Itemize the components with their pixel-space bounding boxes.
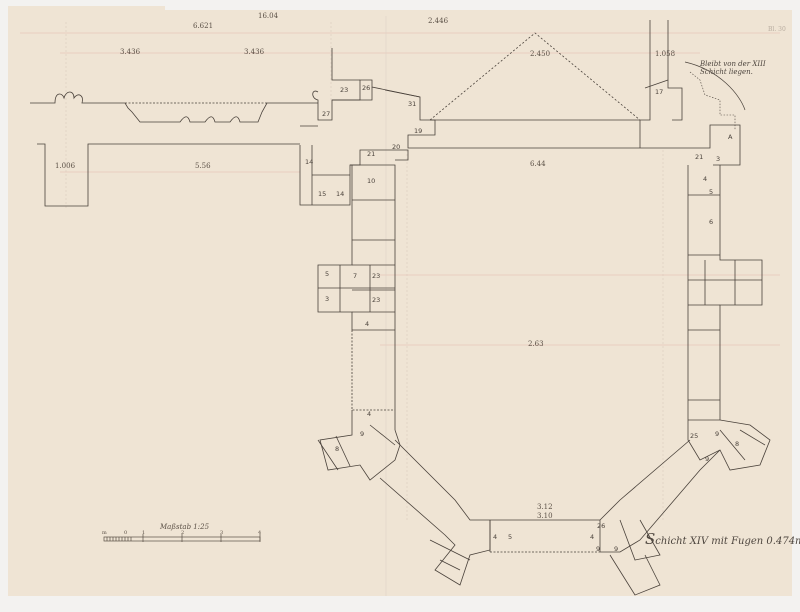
stone-label: 23 — [372, 296, 380, 304]
dim-inner-span: 6.44 — [530, 160, 546, 168]
stone-label: 10 — [367, 177, 375, 185]
stone-label: 4 — [365, 320, 369, 328]
stone-label: 17 — [655, 88, 663, 96]
stone-label: 23 — [372, 272, 380, 280]
stone-label: 9 — [715, 430, 719, 438]
scale-tick-label: 3 — [220, 530, 223, 536]
stone-label: 9 — [360, 430, 364, 438]
dim-bottom-span: 3.12 — [537, 503, 553, 511]
stone-label: 9 — [614, 545, 618, 553]
retained-area-outline — [690, 72, 735, 130]
stone-label: 5 — [709, 188, 713, 196]
stone-label: 31 — [408, 100, 416, 108]
stone-label: 23 — [340, 86, 348, 94]
stone-label: 9 — [705, 455, 709, 463]
dim-left-wing-a: 1.006 — [55, 162, 75, 170]
stone-label: 6 — [709, 218, 713, 226]
stone-label: 3 — [716, 155, 720, 163]
stone-label: 14 — [336, 190, 344, 198]
stone-label: 8 — [735, 440, 739, 448]
stone-label: 5 — [325, 270, 329, 278]
retained-note: Bleibt von der XIII Schicht liegen. — [700, 60, 790, 76]
dim-top-left-a: 3.436 — [120, 48, 140, 56]
grid-guides — [66, 22, 663, 520]
stone-label: 7 — [353, 272, 357, 280]
scale-tick-label: 4 — [258, 530, 261, 536]
scale-label: Maßstab 1:25 — [160, 523, 209, 531]
stone-label: 4 — [590, 533, 594, 541]
stone-label: 4 — [367, 410, 371, 418]
dim-center-vertical: 2.63 — [528, 340, 544, 348]
dim-top-right: 1.058 — [655, 50, 675, 58]
stone-label: 26 — [362, 84, 370, 92]
floor-plan-drawing — [0, 0, 800, 612]
stone-label: 14 — [305, 158, 313, 166]
stone-label: 21 — [695, 153, 703, 161]
stone-label: 4 — [493, 533, 497, 541]
scale-tick-label: 2 — [181, 530, 184, 536]
stone-label: 15 — [318, 190, 326, 198]
stone-label: 20 — [392, 143, 400, 151]
wall-outlines — [30, 20, 770, 595]
title-initial: S — [645, 530, 655, 548]
dim-top-left-b: 3.436 — [244, 48, 264, 56]
scale-tick-label: m — [102, 530, 107, 536]
stone-label: 19 — [414, 127, 422, 135]
drawing-title: Schicht XIV mit Fugen 0.474m hoch. — [645, 530, 800, 548]
stone-label: 27 — [322, 110, 330, 118]
dim-top-mid: 2.446 — [428, 17, 448, 25]
stone-label: 26 — [597, 522, 605, 530]
stone-label: 4 — [703, 175, 707, 183]
dim-top-second: 6.621 — [193, 22, 213, 30]
stone-label: 25 — [690, 432, 698, 440]
stone-label: 5 — [508, 533, 512, 541]
dim-left-wing: 5.56 — [195, 162, 211, 170]
sheet-number: Bl. 30 — [768, 26, 786, 33]
stone-label: 3 — [325, 295, 329, 303]
stone-label: 8 — [335, 445, 339, 453]
dim-top-center: 2.450 — [530, 50, 550, 58]
stone-label: 9 — [596, 545, 600, 553]
dim-top-overall: 16.04 — [258, 12, 278, 20]
stone-label: 21 — [367, 150, 375, 158]
scale-tick-label: 0 — [124, 530, 127, 536]
stone-label: A — [728, 133, 732, 141]
scale-tick-label: 1 — [142, 530, 145, 536]
construction-lines — [20, 33, 780, 345]
title-text: chicht XIV mit Fugen 0.474m hoch. — [655, 536, 800, 547]
dim-bottom-inner: 3.10 — [537, 512, 553, 520]
